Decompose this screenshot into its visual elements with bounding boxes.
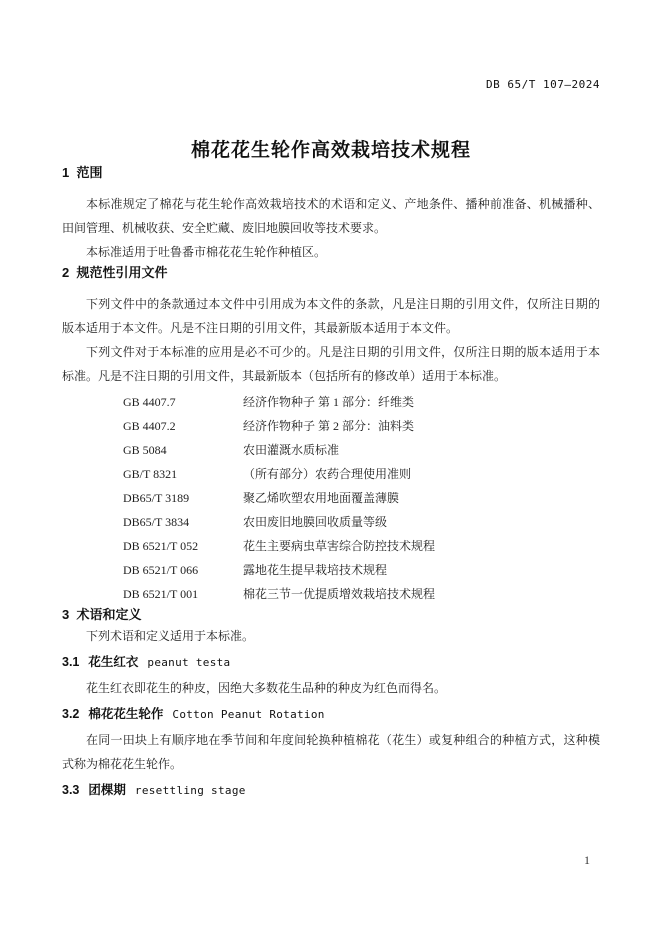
section-normative-references: 2 规范性引用文件 下列文件中的条款通过本文件中引用成为本文件的条款，凡是注日期… bbox=[62, 264, 600, 606]
document-title: 棉花花生轮作高效栽培技术规程 bbox=[62, 138, 600, 164]
section-heading-terms: 3 术语和定义 bbox=[62, 606, 600, 624]
term-name-zh: 团棵期 bbox=[88, 783, 126, 797]
term-heading: 3.1花生红衣peanut testa bbox=[62, 652, 600, 673]
reference-code: DB 6521/T 052 bbox=[123, 534, 243, 558]
section-scope: 1 范围 本标准规定了棉花与花生轮作高效栽培技术的术语和定义、产地条件、播种前准… bbox=[62, 164, 600, 264]
references-paragraph: 下列文件中的条款通过本文件中引用成为本文件的条款，凡是注日期的引用文件，仅所注日… bbox=[62, 292, 600, 340]
reference-list: GB 4407.7经济作物种子 第 1 部分：纤维类 GB 4407.2经济作物… bbox=[62, 390, 600, 606]
reference-title: （所有部分）农药合理使用准则 bbox=[243, 467, 411, 481]
term-cotton-peanut-rotation: 3.2棉花花生轮作Cotton Peanut Rotation 在同一田块上有顺… bbox=[62, 704, 600, 776]
reference-item: GB 4407.2经济作物种子 第 2 部分：油料类 bbox=[123, 414, 600, 438]
reference-code: DB 6521/T 001 bbox=[123, 582, 243, 606]
references-paragraph: 下列文件对于本标准的应用是必不可少的。凡是注日期的引用文件，仅所注日期的版本适用… bbox=[62, 340, 600, 388]
scope-paragraph: 本标准规定了棉花与花生轮作高效栽培技术的术语和定义、产地条件、播种前准备、机械播… bbox=[62, 192, 600, 240]
reference-title: 棉花三节一优提质增效栽培技术规程 bbox=[243, 587, 435, 601]
reference-title: 露地花生提早栽培技术规程 bbox=[243, 563, 387, 577]
section-terms-definitions: 3 术语和定义 下列术语和定义适用于本标准。 3.1花生红衣peanut tes… bbox=[62, 606, 600, 801]
reference-title: 聚乙烯吹塑农用地面覆盖薄膜 bbox=[243, 491, 399, 505]
reference-code: GB 4407.2 bbox=[123, 414, 243, 438]
reference-title: 经济作物种子 第 1 部分：纤维类 bbox=[243, 395, 414, 409]
term-name-en: resettling stage bbox=[135, 784, 246, 797]
document-page: DB 65/T 107—2024 棉花花生轮作高效栽培技术规程 1 范围 本标准… bbox=[0, 0, 662, 936]
reference-code: DB 6521/T 066 bbox=[123, 558, 243, 582]
scope-paragraph: 本标准适用于吐鲁番市棉花花生轮作种植区。 bbox=[62, 240, 600, 264]
term-number: 3.1 bbox=[62, 655, 79, 669]
term-name-zh: 花生红衣 bbox=[88, 655, 138, 669]
terms-intro: 下列术语和定义适用于本标准。 bbox=[62, 624, 600, 648]
reference-item: DB65/T 3189聚乙烯吹塑农用地面覆盖薄膜 bbox=[123, 486, 600, 510]
term-name-en: peanut testa bbox=[147, 656, 230, 669]
term-definition: 在同一田块上有顺序地在季节间和年度间轮换种植棉花（花生）或复种组合的种植方式，这… bbox=[62, 728, 600, 776]
reference-item: GB 5084农田灌溉水质标准 bbox=[123, 438, 600, 462]
reference-code: DB65/T 3834 bbox=[123, 510, 243, 534]
term-heading: 3.3团棵期resettling stage bbox=[62, 780, 600, 801]
reference-item: GB/T 8321（所有部分）农药合理使用准则 bbox=[123, 462, 600, 486]
reference-item: DB 6521/T 001棉花三节一优提质增效栽培技术规程 bbox=[123, 582, 600, 606]
reference-code: DB65/T 3189 bbox=[123, 486, 243, 510]
term-resettling-stage: 3.3团棵期resettling stage bbox=[62, 780, 600, 801]
reference-title: 经济作物种子 第 2 部分：油料类 bbox=[243, 419, 414, 433]
term-definition: 花生红衣即花生的种皮，因绝大多数花生品种的种皮为红色而得名。 bbox=[62, 676, 600, 700]
reference-code: GB 5084 bbox=[123, 438, 243, 462]
reference-code: GB/T 8321 bbox=[123, 462, 243, 486]
term-number: 3.2 bbox=[62, 707, 79, 721]
standard-number-header: DB 65/T 107—2024 bbox=[62, 78, 600, 92]
term-name-en: Cotton Peanut Rotation bbox=[172, 708, 324, 721]
term-heading: 3.2棉花花生轮作Cotton Peanut Rotation bbox=[62, 704, 600, 725]
reference-item: GB 4407.7经济作物种子 第 1 部分：纤维类 bbox=[123, 390, 600, 414]
reference-title: 花生主要病虫草害综合防控技术规程 bbox=[243, 539, 435, 553]
section-heading-scope: 1 范围 bbox=[62, 164, 600, 182]
reference-title: 农田灌溉水质标准 bbox=[243, 443, 339, 457]
reference-item: DB 6521/T 066露地花生提早栽培技术规程 bbox=[123, 558, 600, 582]
reference-code: GB 4407.7 bbox=[123, 390, 243, 414]
section-heading-references: 2 规范性引用文件 bbox=[62, 264, 600, 282]
term-number: 3.3 bbox=[62, 783, 79, 797]
reference-item: DB65/T 3834农田废旧地膜回收质量等级 bbox=[123, 510, 600, 534]
term-name-zh: 棉花花生轮作 bbox=[88, 707, 163, 721]
reference-title: 农田废旧地膜回收质量等级 bbox=[243, 515, 387, 529]
reference-item: DB 6521/T 052花生主要病虫草害综合防控技术规程 bbox=[123, 534, 600, 558]
term-peanut-testa: 3.1花生红衣peanut testa 花生红衣即花生的种皮，因绝大多数花生品种… bbox=[62, 652, 600, 700]
page-number: 1 bbox=[584, 853, 590, 868]
